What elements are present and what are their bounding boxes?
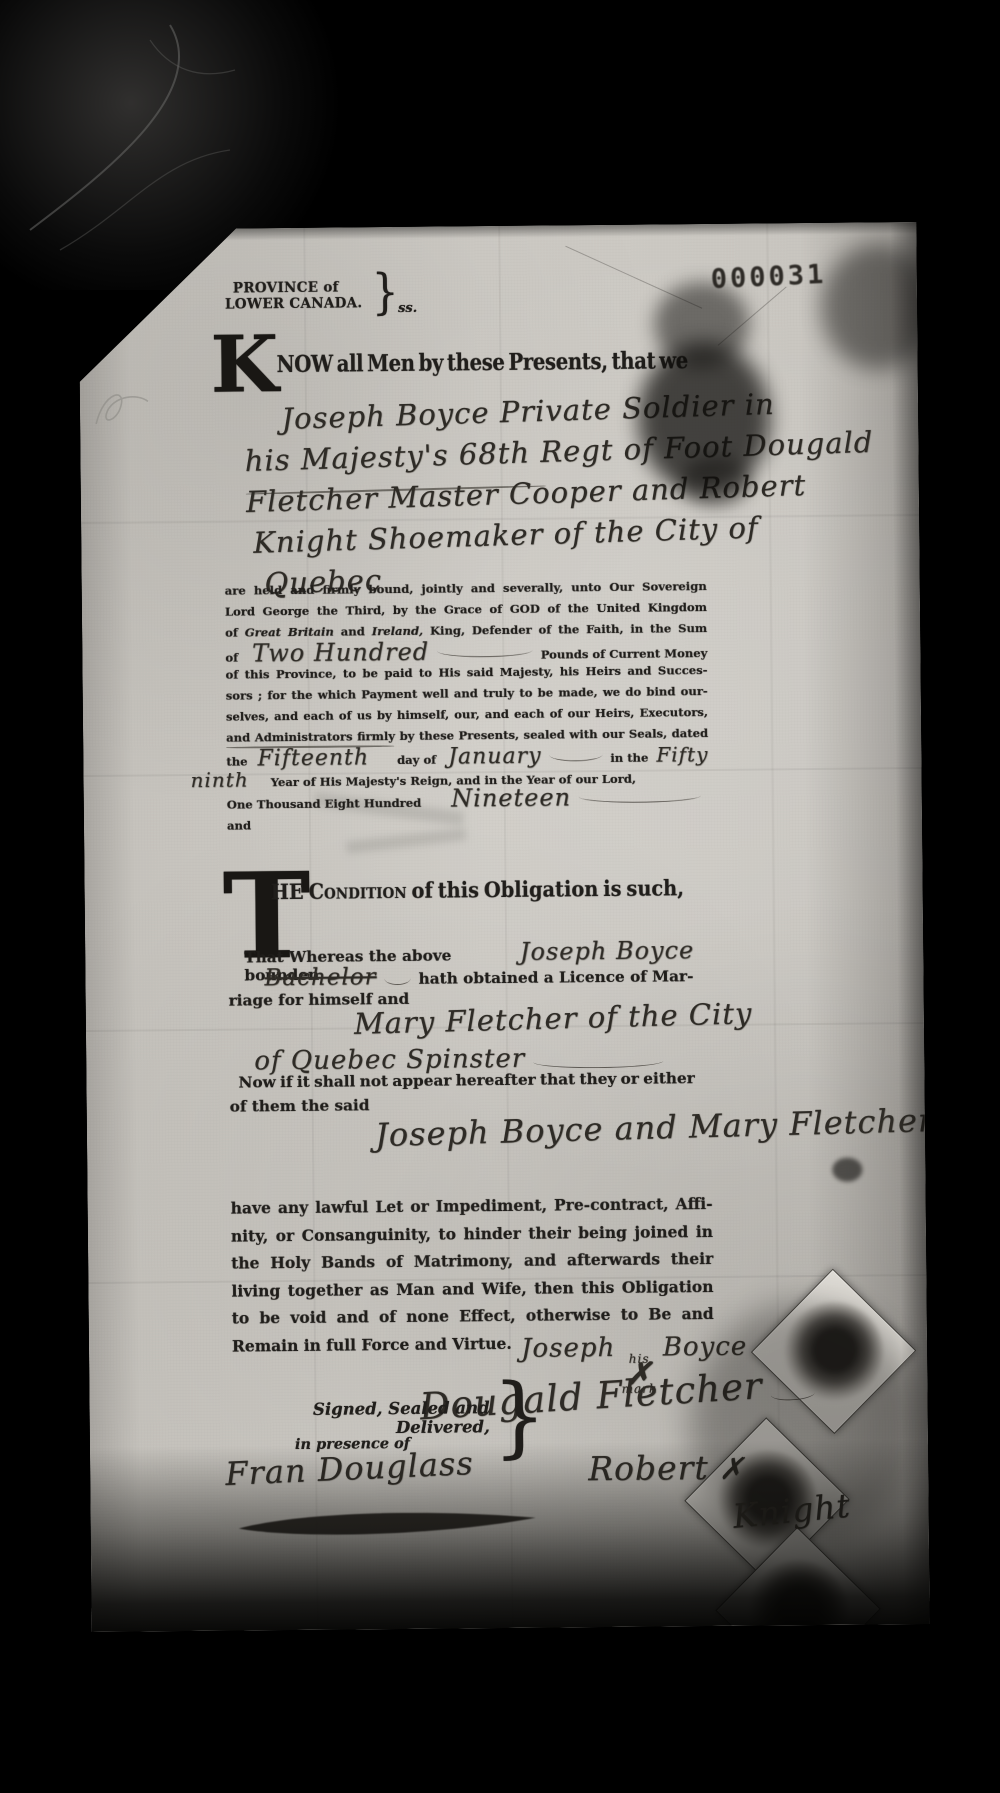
obligors-handwritten-block: Joseph Boyce Private Soldier in his Maje… xyxy=(243,381,878,605)
pen-flourish xyxy=(437,644,533,658)
pen-flourish xyxy=(549,748,602,762)
bond-line9c: in the xyxy=(610,748,648,769)
scratch-line xyxy=(718,286,787,345)
signature-first-name: Robert xyxy=(588,1448,709,1488)
condition-line5: of them the said xyxy=(230,1096,370,1115)
penalty-line: the Holy Bands of Matrimony, and afterwa… xyxy=(231,1245,713,1277)
bride-name-handwritten: Mary Fletcher of the City xyxy=(353,996,752,1041)
condition-line2: Bachelor hath obtained a Licence of Mar- xyxy=(228,961,710,992)
province-label: PROVINCE of LOWER CANADA. xyxy=(225,279,363,312)
serial-number-stamp: 000031 xyxy=(710,259,827,295)
pen-flourish xyxy=(385,972,411,985)
signature-first-name: Joseph xyxy=(521,1333,615,1364)
sum-handwritten: Two Hundred xyxy=(252,642,429,665)
witness-signature: Fran Douglass xyxy=(224,1444,474,1493)
bond-line3a: of xyxy=(225,626,238,640)
ink-blot xyxy=(820,244,936,370)
penalty-line: to be void and of none Effect, otherwise… xyxy=(232,1300,714,1332)
condition-heading-he: HE xyxy=(271,880,304,905)
condition-line4: Now if it shall not appear hereafter tha… xyxy=(238,1069,694,1091)
bond-clause: are held and firmly bound, jointly and s… xyxy=(225,576,709,812)
bond-great-britain: Great Britain xyxy=(245,625,334,640)
header-brace: } xyxy=(372,263,399,320)
penalty-line: have any lawful Let or Impediment, Pre-c… xyxy=(231,1190,713,1222)
condition-heading-rest: of this Obligation is such, xyxy=(411,876,684,904)
document-page: PROVINCE of LOWER CANADA. } ss. 000031 K… xyxy=(78,222,929,1632)
ink-blot xyxy=(832,1158,862,1182)
day-handwritten: Fifteenth xyxy=(257,747,369,769)
witness-flourish xyxy=(231,1506,551,1543)
condition-heading-word: Condition xyxy=(309,879,407,905)
bond-line9b: day of xyxy=(397,750,436,771)
condition-text: hath obtained a Licence of Mar- xyxy=(419,967,694,988)
province-line1: PROVINCE of xyxy=(225,279,363,296)
pen-flourish xyxy=(942,1125,1000,1139)
groom-status-handwritten: Bachelor xyxy=(264,964,376,991)
bond-line3c: King, Defender of the Faith, in the Sum xyxy=(430,621,707,638)
bond-line3b: and xyxy=(341,624,365,638)
couple-names-handwritten: Joseph Boyce and Mary Fletcher xyxy=(375,1101,935,1154)
regnal-year-handwritten-2: ninth xyxy=(190,769,248,791)
couple-names-handwritten-line: Joseph Boyce and Mary Fletcher xyxy=(375,1105,1000,1149)
attestation-line1: Signed, Sealed and Delivered, xyxy=(248,1398,490,1438)
bond-line11: One Thousand Eight Hundred and xyxy=(227,793,436,837)
opening-dropcap: K xyxy=(210,332,278,399)
scratch-line xyxy=(565,246,702,309)
attestation-brace: } xyxy=(492,1372,546,1461)
paper-edge-shadow xyxy=(890,222,929,1624)
jurat-label: ss. xyxy=(398,301,417,316)
regnal-year-handwritten-1: Fifty xyxy=(656,744,708,765)
province-line2: LOWER CANADA. xyxy=(225,295,363,312)
x-mark: ✗ xyxy=(718,1452,744,1487)
pen-flourish xyxy=(533,1054,663,1068)
pencil-mark xyxy=(88,379,163,436)
scan-background: PROVINCE of LOWER CANADA. } ss. 000031 K… xyxy=(0,0,1000,1793)
month-handwritten: January xyxy=(448,746,542,768)
opening-heading: NOW all Men by these Presents, that we xyxy=(276,346,688,378)
condition-heading: HE Condition of this Obligation is such, xyxy=(271,876,685,905)
pen-flourish xyxy=(771,1386,816,1402)
pen-flourish xyxy=(579,789,701,803)
bond-ireland: Ireland, xyxy=(372,624,424,638)
year-handwritten: Nineteen xyxy=(451,787,571,809)
signature-robert-knight: Robert ✗ xyxy=(588,1448,745,1489)
signature-last-name: Boyce xyxy=(663,1332,748,1363)
